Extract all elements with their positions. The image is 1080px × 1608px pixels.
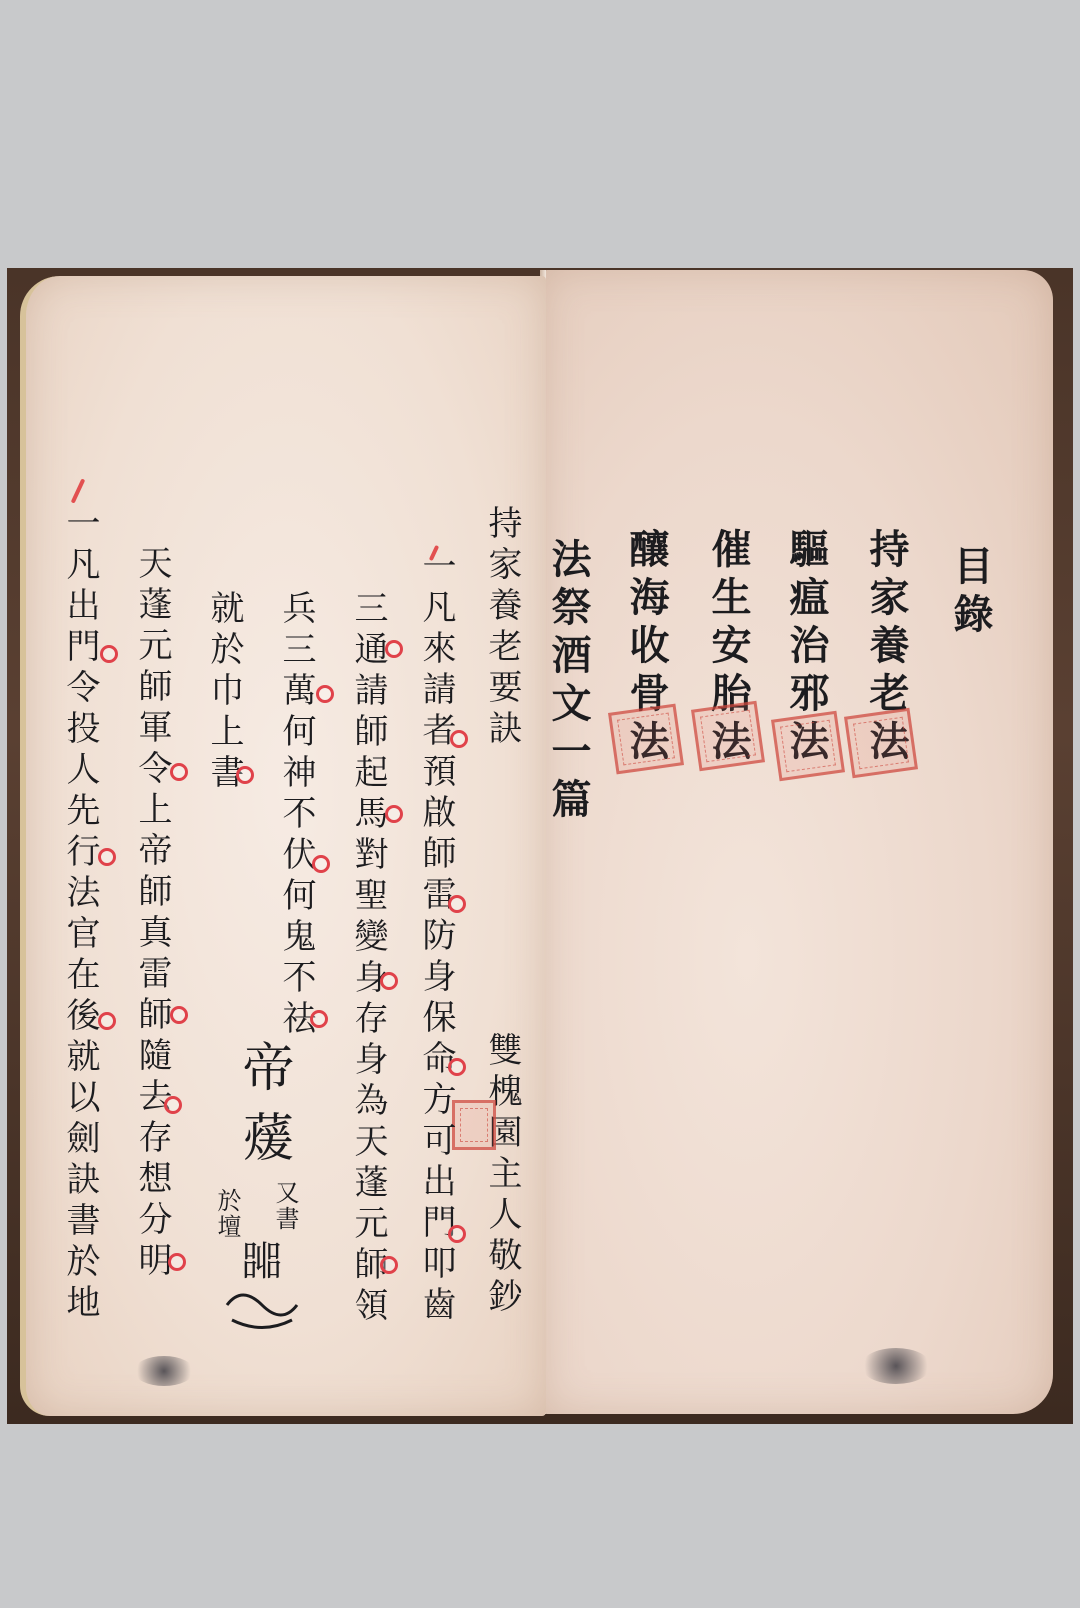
red-punctuation-mark [310,1010,328,1028]
section-title: 持家養老要訣 [478,505,527,751]
toc-title: 目錄 [942,545,999,641]
red-punctuation-mark [450,730,468,748]
red-punctuation-mark [170,1006,188,1024]
talisman-swirl-icon [222,1275,302,1330]
red-seal-stamp [691,701,765,772]
red-punctuation-mark [100,645,118,663]
red-punctuation-mark [98,848,116,866]
red-punctuation-mark [380,972,398,990]
red-seal-stamp [608,704,684,775]
red-punctuation-mark [168,1253,186,1271]
copyist-signature: 雙槐園主人敬鈔 [478,1032,527,1319]
text-column-2: 三通請師起馬對聖變身存身為天蓬元師領 [344,590,393,1328]
toc-item-5: 法祭酒文一篇 [540,538,597,826]
red-punctuation-mark [385,640,403,658]
text-column-1: 一凡來請者預啟師雷防身保命方可出門叩齒 [412,548,461,1327]
right-page [543,270,1053,1414]
red-punctuation-mark [448,1058,466,1076]
red-punctuation-mark [316,685,334,703]
red-seal-stamp [844,708,918,779]
text-column-6: 一凡出門令投人先行法官在後就以劍訣書於地 [56,505,105,1325]
ink-stain [134,1356,194,1386]
red-punctuation-mark [385,805,403,823]
red-punctuation-mark [312,855,330,873]
red-punctuation-mark [448,1225,466,1243]
talisman-note-1: 又書 [268,1180,303,1232]
red-punctuation-mark [448,895,466,913]
red-punctuation-mark [236,766,254,784]
red-seal-stamp [771,711,845,782]
red-punctuation-mark [98,1012,116,1030]
talisman-glyph-top: 帝 [226,1040,301,1096]
talisman-note-2: 於壇 [210,1188,245,1240]
red-punctuation-mark [380,1256,398,1274]
talisman-glyph-mid: 蕿 [226,1110,301,1166]
text-column-4: 就於巾上書 [200,590,249,795]
text-column-5: 天蓬元師軍令上帝師真雷師隨去存想分明 [128,545,177,1283]
ink-stain [861,1348,931,1384]
red-punctuation-mark [164,1096,182,1114]
text-column-3: 兵三萬何神不伏何鬼不祛 [272,590,321,1041]
red-punctuation-mark [170,763,188,781]
